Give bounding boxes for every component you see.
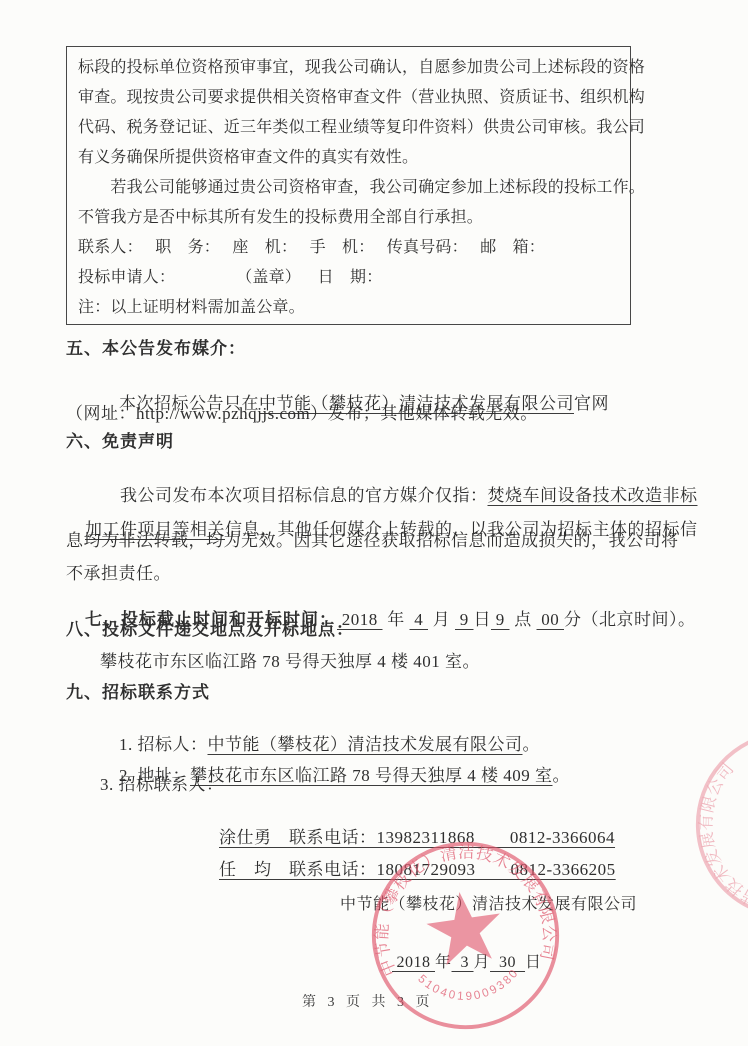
seal-border-ring — [672, 707, 748, 942]
section9-item3-contacts-label: 3. 招标联系人： — [100, 774, 224, 796]
section5-heading: 五、本公告发布媒介： — [66, 338, 246, 360]
section9-heading: 九、招标联系方式 — [66, 682, 210, 704]
year-label: 年 — [383, 610, 410, 629]
timezone-note: （北京时间）。 — [582, 610, 696, 629]
sig-year-label: 年 — [435, 954, 452, 971]
signature-month: 3 — [452, 954, 474, 971]
partial-company-seal: 中节能（攀枝花）清洁技术发展有限公司 5104019009380 — [665, 700, 748, 950]
day-label: 日 — [474, 610, 492, 629]
section5-line2-website-url: （网址：http://www.pzhqjjs.com）发布；其他媒体转载无效。 — [66, 403, 538, 425]
contact2-name-phone: 任 均 联系电话：18081729093 0812-3366205 — [219, 860, 616, 879]
box-line: 代码、税务登记证、近三年类似工程业绩等复印件资料）供贵公司审核。我公司 — [78, 113, 619, 143]
box-line: 若我公司能够通过贵公司资格审查，我公司确定参加上述标段的投标工作。 — [78, 173, 619, 203]
sig-month-label: 月 — [474, 954, 491, 971]
box-applicant-row: 投标申请人： （盖章） 日 期： — [78, 263, 619, 293]
section5-line1-post: 官网 — [574, 394, 609, 413]
box-line: 有义务确保所提供资格审查文件的真实有效性。 — [78, 143, 619, 173]
section6-heading: 六、免责声明 — [66, 431, 174, 453]
sig-day-label: 日 — [525, 954, 542, 971]
box-contact-fields-row: 联系人： 职 务： 座 机： 手 机： 传真号码： 邮 箱： — [78, 233, 619, 263]
bid-minute: 00 — [537, 610, 565, 629]
signature-company-name: 中节能（攀枝花）清洁技术发展有限公司 — [340, 894, 637, 916]
signature-year: 2018 — [392, 954, 435, 971]
signature-day: 30 — [490, 954, 525, 971]
month-label: 月 — [428, 610, 455, 629]
item2-period: 。 — [553, 766, 571, 785]
page-number-footer: 第 3 页 共 3 页 — [302, 991, 434, 1011]
section6-line3: 息均为非法转载，均为无效。因其它途径获取招标信息而造成损失的，我公司将 — [66, 530, 679, 552]
qualification-declaration-box: 标段的投标单位资格预审事宜，现我公司确认，自愿参加贵公司上述标段的资格 审查。现… — [66, 46, 631, 325]
bid-month: 4 — [410, 610, 429, 629]
signature-date-line: 2018 年 3 月 30 日 — [374, 930, 542, 996]
box-line: 不管我方是否中标其所有发生的投标费用全部自行承担。 — [78, 203, 619, 233]
tenderer-address: 攀枝花市东区临江路 78 号得天独厚 4 楼 409 室 — [190, 766, 553, 785]
document-page: 标段的投标单位资格预审事宜，现我公司确认，自愿参加贵公司上述标段的资格 审查。现… — [0, 0, 748, 1046]
bid-hour: 9 — [491, 610, 510, 629]
section8-heading: 八、投标文件递交地点及开标地点： — [66, 619, 354, 641]
box-note-row: 注：以上证明材料需加盖公章。 — [78, 293, 619, 323]
seal-arc-company-text: 中节能（攀枝花）清洁技术发展有限公司 — [670, 756, 748, 944]
box-line: 标段的投标单位资格预审事宜，现我公司确认，自愿参加贵公司上述标段的资格 — [78, 53, 619, 83]
star-icon — [740, 787, 748, 879]
bid-day: 9 — [455, 610, 474, 629]
section6-line4: 不承担责任。 — [66, 563, 171, 585]
box-line: 审查。现按贵公司要求提供相关资格审查文件（营业执照、资质证书、组织机构 — [78, 83, 619, 113]
hour-label: 点 — [510, 610, 537, 629]
minute-label: 分 — [564, 610, 582, 629]
section8-address: 攀枝花市东区临江路 78 号得天独厚 4 楼 401 室。 — [100, 651, 480, 673]
